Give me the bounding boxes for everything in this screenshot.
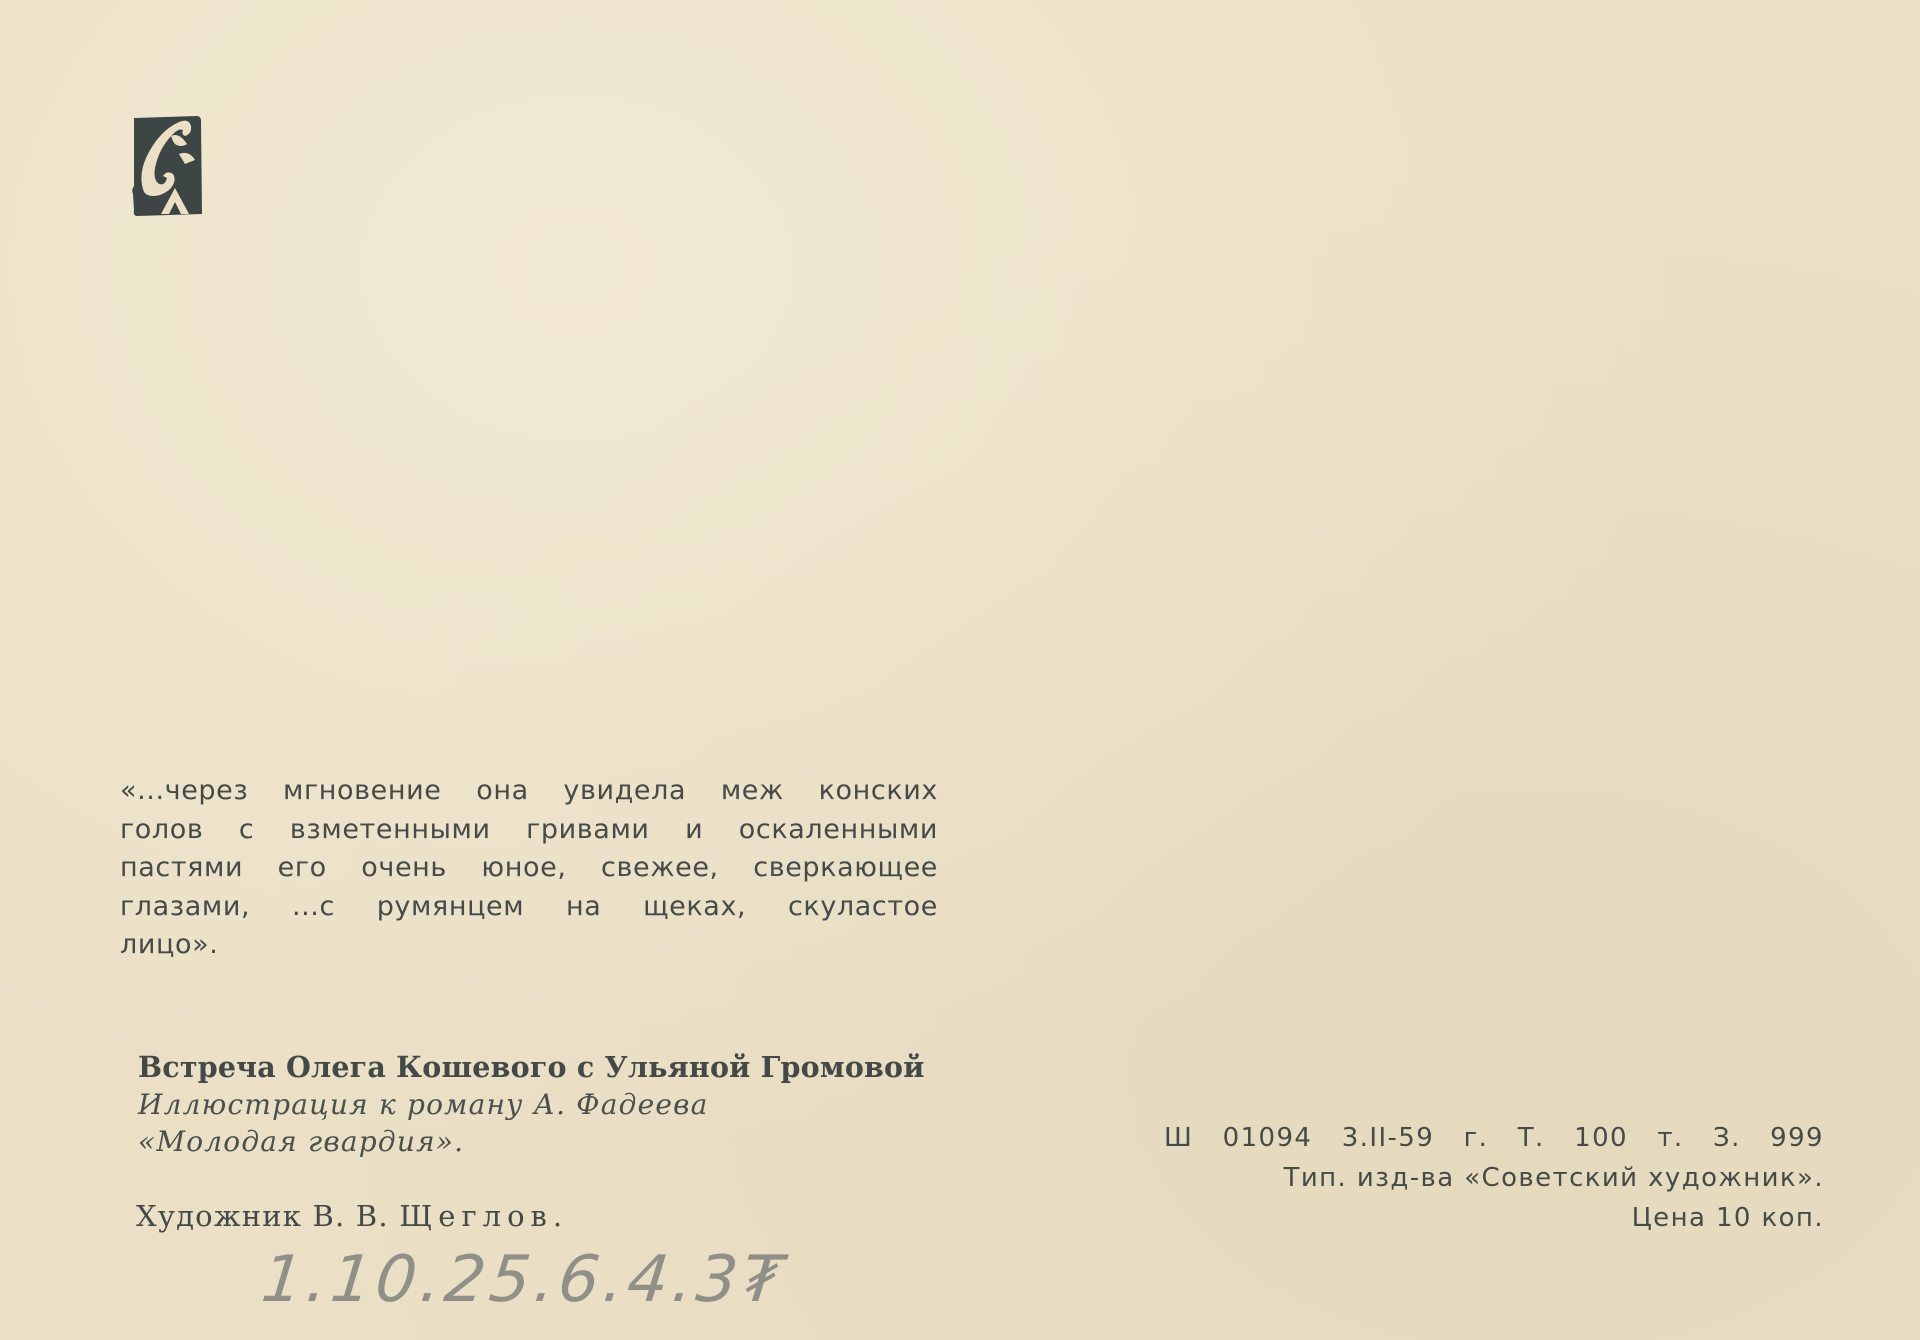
imprint-line: Тип. изд-ва «Советский художник». [1164, 1158, 1824, 1198]
print-imprint: Ш 01094 3.II-59 г. Т. 100 т. З. 999 Тип.… [1164, 1118, 1824, 1238]
artist-surname: Щеглов. [399, 1199, 568, 1233]
quote-line: лицо». [120, 926, 938, 965]
artist-credit: Художник В. В. Щеглов. [136, 1196, 568, 1236]
artwork-title: Встреча Олега Кошевого с Ульяной Громово… [138, 1048, 1038, 1086]
artist-prefix: Художник В. В. [136, 1199, 389, 1233]
quote-line: глазами, ...с румянцем на щеках, скуласт… [120, 888, 938, 927]
artwork-subtitle-line: «Молодая гвардия». [138, 1123, 1038, 1160]
quote-block: «...через мгновение она увидела меж конс… [120, 772, 938, 965]
imprint-price: Цена 10 коп. [1164, 1198, 1824, 1238]
quote-line: пастями его очень юное, свежее, сверкающ… [120, 849, 938, 888]
imprint-line: Ш 01094 3.II-59 г. Т. 100 т. З. 999 [1164, 1118, 1824, 1158]
publisher-monogram-icon [131, 114, 203, 218]
quote-line: голов с взметенными гривами и оскаленным… [120, 811, 938, 850]
publisher-logo [131, 114, 203, 218]
handwritten-pencil-note: 1.10.25.6.4.3₮ [258, 1240, 791, 1320]
artwork-subtitle-line: Иллюстрация к роману А. Фадеева [138, 1086, 1038, 1123]
quote-line: «...через мгновение она увидела меж конс… [120, 772, 938, 811]
caption-block: Встреча Олега Кошевого с Ульяной Громово… [138, 1048, 1038, 1160]
